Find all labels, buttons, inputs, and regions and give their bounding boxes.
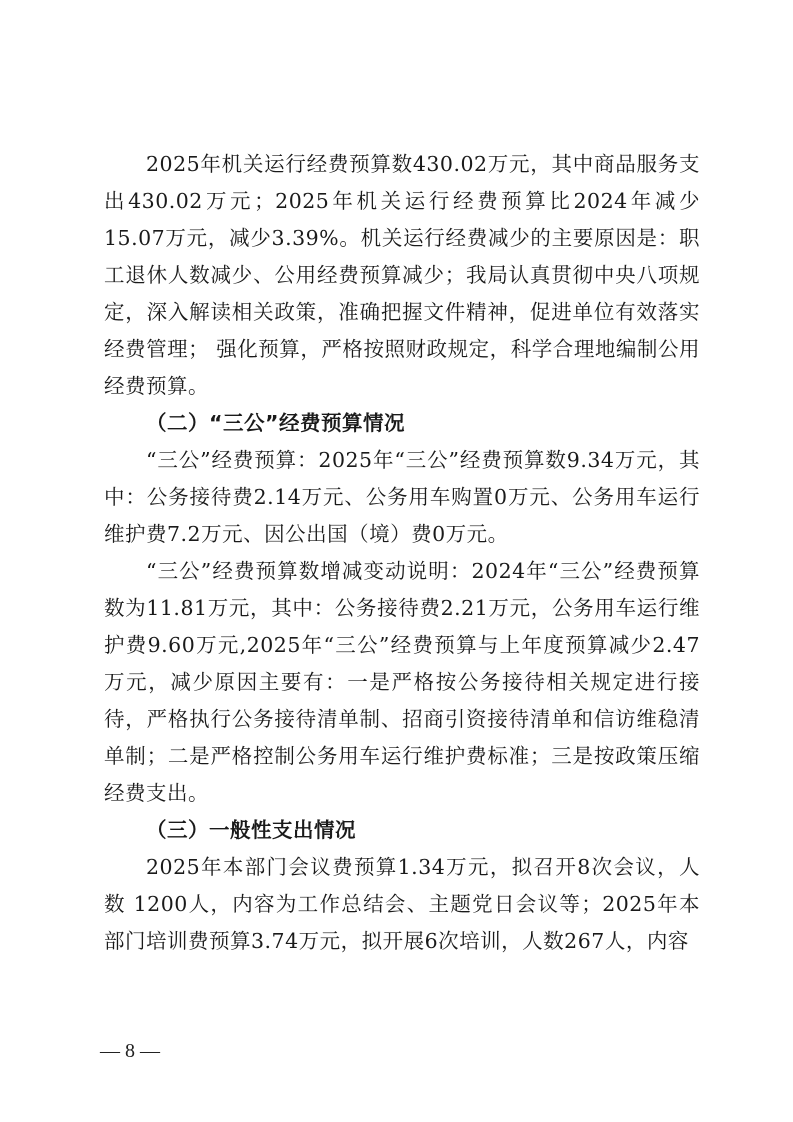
- paragraph-three-public-change-explanation: “三公”经费预算数增减变动说明：2024年“三公”经费预算数为11.81万元，其…: [104, 553, 700, 812]
- section-heading-general-expenses: （三）一般性支出情况: [104, 812, 700, 849]
- document-page: 2025年机关运行经费预算数430.02万元，其中商品服务支出430.02万元；…: [104, 146, 700, 960]
- paragraph-meeting-training-expenses: 2025年本部门会议费预算1.34万元，拟召开8次会议，人数 1200人，内容为…: [104, 849, 700, 960]
- paragraph-three-public-budget: “三公”经费预算：2025年“三公”经费预算数9.34万元，其中：公务接待费2.…: [104, 442, 700, 553]
- page-number: — 8 —: [100, 1040, 160, 1063]
- section-heading-three-public-expenses: （二）“三公”经费预算情况: [104, 405, 700, 442]
- paragraph-operating-expenses: 2025年机关运行经费预算数430.02万元，其中商品服务支出430.02万元；…: [104, 146, 700, 405]
